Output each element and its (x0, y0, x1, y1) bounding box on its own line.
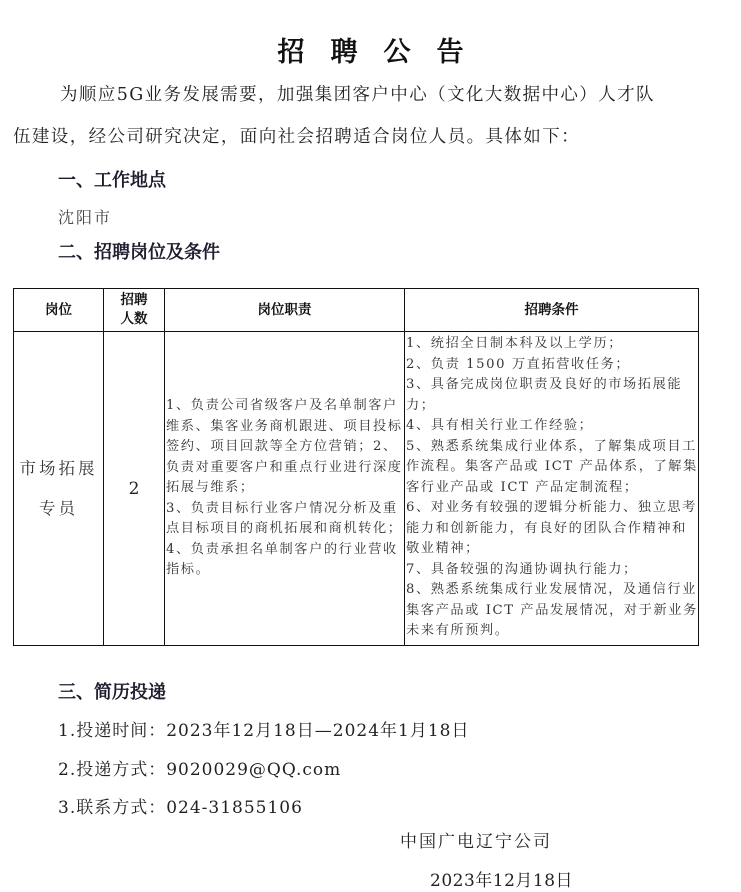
section-heading-positions: 二、招聘岗位及条件 (58, 238, 220, 264)
duty-item: 4、负责承担名单制客户的行业营收指标。 (166, 540, 404, 581)
position-cell: 市场拓展 专员 (14, 332, 104, 646)
header-count: 招聘 人数 (104, 289, 165, 332)
count-cell: 2 (104, 332, 165, 646)
location-value: 沈阳市 (58, 205, 112, 228)
intro-line-1: 为顺应5G业务发展需要，加强集团客户中心（文化大数据中心）人才队 (60, 81, 655, 106)
page-title: 招聘公告 (0, 30, 741, 69)
position-name-line1: 市场拓展 (14, 449, 103, 489)
requirement-item: 4、具有相关行业工作经验； (406, 416, 698, 437)
submission-time: 1.投递时间：2023年12月18日—2024年1月18日 (58, 716, 469, 741)
table-row: 市场拓展 专员 2 1、负责公司省级客户及名单制客户维系、集客业务商机跟进、项目… (14, 332, 699, 646)
section-heading-resume: 三、简历投递 (58, 678, 166, 704)
contact-phone: 3.联系方式：024-31855106 (58, 793, 303, 818)
header-position: 岗位 (14, 289, 104, 332)
duties-cell: 1、负责公司省级客户及名单制客户维系、集客业务商机跟进、项目投标签约、项目回款等… (165, 332, 405, 646)
requirement-item: 8、熟悉系统集成行业发展情况，及通信行业集客产品或 ICT 产品发展情况，对于新… (406, 580, 698, 642)
header-requirements: 招聘条件 (405, 289, 699, 332)
duty-item: 3、负责目标行业客户情况分析及重点目标项目的商机拓展和商机转化； (166, 499, 404, 540)
requirement-item: 3、具备完成岗位职责及良好的市场拓展能力； (406, 375, 698, 416)
submission-email[interactable]: 2.投递方式：9020029@QQ.com (58, 755, 341, 780)
requirements-cell: 1、统招全日制本科及以上学历； 2、负责 1500 万直拓营收任务； 3、具备完… (405, 332, 699, 646)
header-count-line2: 人数 (104, 310, 164, 329)
recruitment-table: 岗位 招聘 人数 岗位职责 招聘条件 市场拓展 专员 2 1、负责公司省级客户及… (13, 288, 699, 646)
requirement-item: 7、具备较强的沟通协调执行能力； (406, 560, 698, 581)
requirement-item: 6、对业务有较强的逻辑分析能力、独立思考能力和创新能力，有良好的团队合作精神和敬… (406, 498, 698, 560)
header-duties: 岗位职责 (165, 289, 405, 332)
requirement-item: 1、统招全日制本科及以上学历； (406, 334, 698, 355)
section-heading-location: 一、工作地点 (58, 166, 166, 192)
header-count-line1: 招聘 (104, 291, 164, 310)
requirement-item: 2、负责 1500 万直拓营收任务； (406, 355, 698, 376)
signature-org: 中国广电辽宁公司 (400, 827, 552, 852)
table-header-row: 岗位 招聘 人数 岗位职责 招聘条件 (14, 289, 699, 332)
duty-item: 1、负责公司省级客户及名单制客户维系、集客业务商机跟进、项目投标签约、项目回款等… (166, 396, 404, 499)
signature-date: 2023年12月18日 (430, 866, 573, 891)
requirement-item: 5、熟悉系统集成行业体系，了解集成项目工作流程。集客产品或 ICT 产品体系，了… (406, 437, 698, 499)
intro-line-2: 伍建设，经公司研究决定，面向社会招聘适合岗位人员。具体如下： (13, 123, 580, 148)
position-name-line2: 专员 (14, 489, 103, 529)
